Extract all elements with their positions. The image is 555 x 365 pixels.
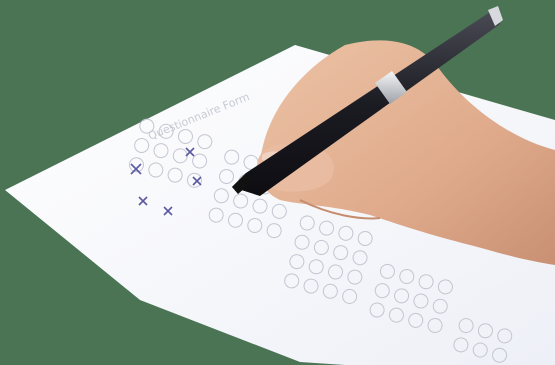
photo-scene: Questionnaire Form: [0, 0, 555, 365]
photo-illustration: Questionnaire Form: [0, 0, 555, 365]
